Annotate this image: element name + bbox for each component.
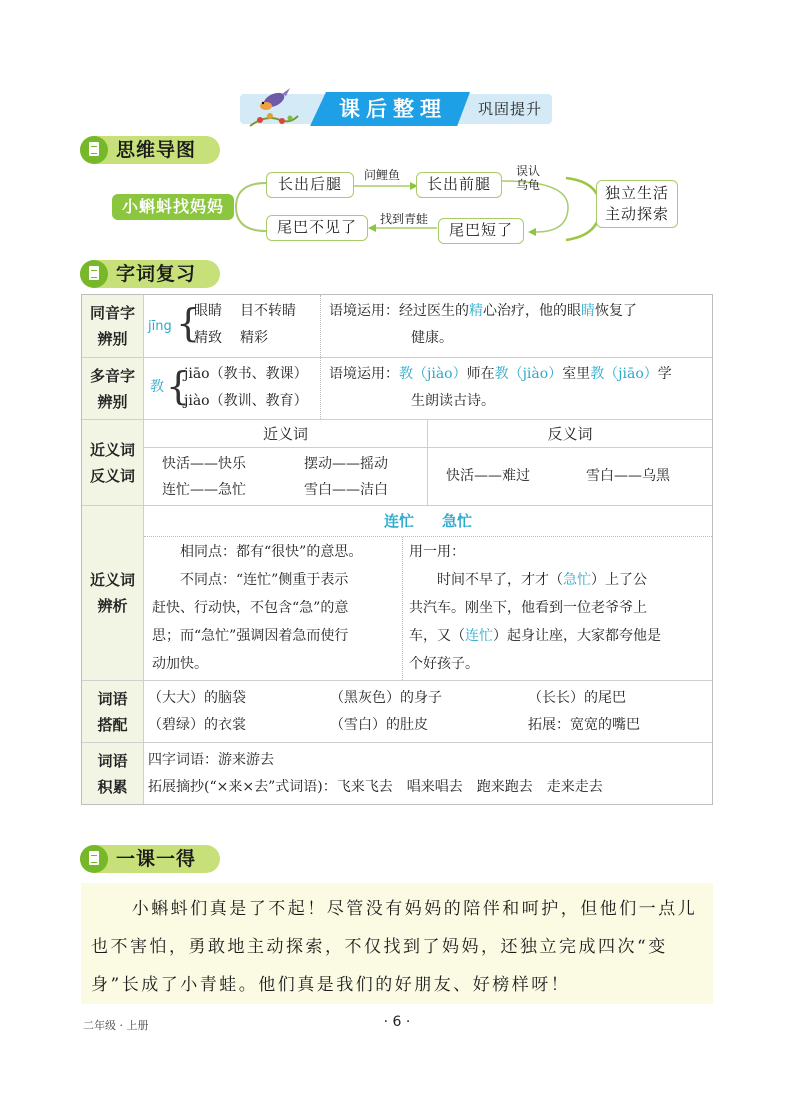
mind-map-node-hind-legs: 长出后腿 (266, 172, 354, 198)
row-header: 多音字 辨别 (82, 358, 144, 419)
table-row-polyphone: 多音字 辨别 教 { jiāo（教书、教课） jiào（教训、教育） 语境运用：… (82, 357, 712, 419)
analysis-title: 连忙急忙 (144, 506, 712, 536)
row-header: 词语 搭配 (82, 681, 144, 742)
context-usage: 语境运用：经过医生的精心治疗，他的眼睛恢复了 健康。 (320, 295, 712, 357)
mind-map-node-result: 独立生活 主动探索 (596, 180, 678, 228)
mind-map-root: 小蝌蚪找妈妈 (112, 194, 234, 220)
row-header: 近义词 反义词 (82, 420, 144, 505)
pinyin-jing: jīng (148, 313, 172, 340)
row-header: 词语 积累 (82, 743, 144, 804)
mind-map-node-tail-gone: 尾巴不见了 (266, 215, 368, 241)
edge-label-ask-carp: 问鲤鱼 (354, 168, 410, 182)
table-row-synonym-antonym: 近义词 反义词 近义词 快活——快乐摆动——摇动 连忙——急忙雪白——洁白 反义… (82, 419, 712, 505)
section-header-reflection: 一课一得 (80, 845, 220, 873)
reflection-text: 小蝌蚪们真是了不起！尽管没有妈妈的陪伴和呵护，但他们一点儿也不害怕，勇敢地主动探… (91, 890, 705, 1004)
context-usage: 语境运用：教（jiào）师在教（jiào）室里教（jiāo）学 生朗读古诗。 (320, 358, 712, 419)
char-jiao: 教 (150, 374, 164, 401)
synonym-column: 近义词 快活——快乐摆动——摇动 连忙——急忙雪白——洁白 (144, 420, 428, 505)
synonym-title: 近义词 (144, 420, 427, 448)
banner-subtitle: 巩固提升 (478, 99, 542, 119)
section-title: 字词复习 (116, 262, 196, 286)
edge-label-found-frog: 找到青蛙 (372, 212, 436, 226)
mind-map-node-front-legs: 长出前腿 (416, 172, 502, 198)
analysis-explanation: 相同点：都有“很快”的意思。 不同点：“连忙”侧重于表示 赶快、行动快，不包含“… (144, 537, 402, 680)
lesson-banner: 课后整理 巩固提升 (240, 92, 552, 126)
antonym-column: 反义词 快活——难过雪白——乌黑 (428, 420, 712, 505)
row-header: 同音字 辨别 (82, 295, 144, 357)
mind-map: 小蝌蚪找妈妈 长出后腿 问鲤鱼 长出前腿 误认 乌龟 尾巴短了 找到青蛙 尾巴不… (100, 160, 700, 250)
mind-map-node-tail-short: 尾巴短了 (438, 218, 524, 244)
analysis-usage: 用一用： 时间不早了，才才（急忙）上了公 共汽车。刚坐下，他看到一位老爷爷上 车… (402, 537, 712, 680)
document-icon (80, 845, 108, 873)
reflection-box: 小蝌蚪们真是了不起！尽管没有妈妈的陪伴和呵护，但他们一点儿也不害怕，勇敢地主动探… (81, 883, 713, 1004)
section-header-vocab: 字词复习 (80, 260, 220, 288)
section-title: 思维导图 (116, 138, 196, 162)
table-row-collocation: 词语 搭配 （大大）的脑袋（黑灰色）的身子（长长）的尾巴 （碧绿）的衣裳（雪白）… (82, 680, 712, 742)
page-number: · 6 · (372, 1014, 422, 1030)
bird-on-branch-icon (246, 86, 300, 130)
edge-label-mistake-turtle: 误认 乌龟 (508, 164, 548, 192)
grade-label: 二年级 · 上册 (83, 1017, 149, 1033)
banner-title: 课后整理 (326, 96, 460, 122)
antonym-title: 反义词 (428, 420, 712, 448)
table-row-accumulation: 词语 积累 四字词语：游来游去 拓展摘抄(“×来×去”式词语)：飞来飞去唱来唱去… (82, 742, 712, 804)
vocab-review-table: 同音字 辨别 jīng { 眼睛目不转睛 精致精彩 语境运用：经过医生的精心治疗… (81, 294, 713, 805)
section-title: 一课一得 (116, 847, 196, 871)
document-icon (80, 260, 108, 288)
table-row-synonym-analysis: 近义词 辨析 连忙急忙 相同点：都有“很快”的意思。 不同点：“连忙”侧重于表示… (82, 505, 712, 680)
table-row-homophone: 同音字 辨别 jīng { 眼睛目不转睛 精致精彩 语境运用：经过医生的精心治疗… (82, 295, 712, 357)
row-header: 近义词 辨析 (82, 506, 144, 680)
